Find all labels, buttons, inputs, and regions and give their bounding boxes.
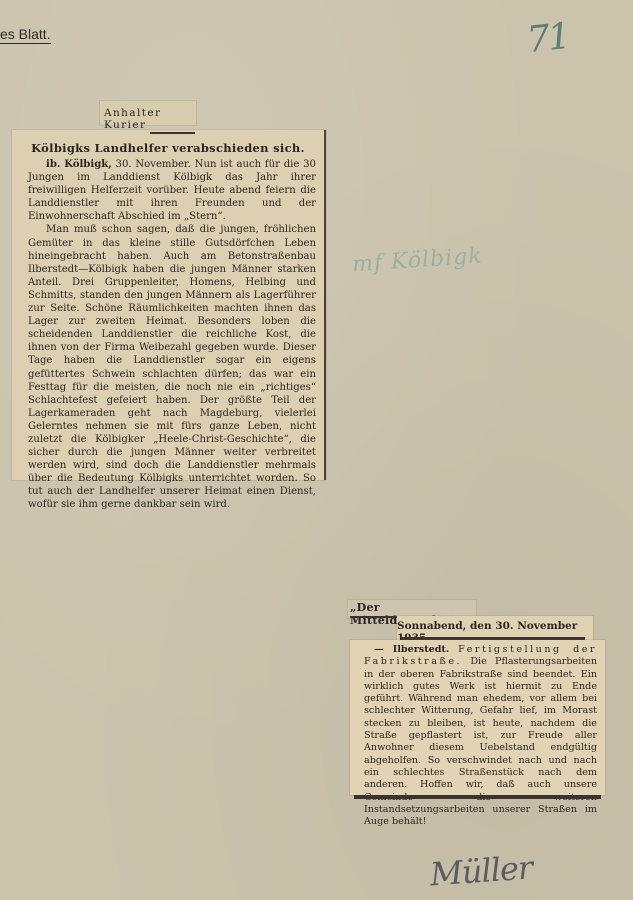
handwritten-page-number: 71 bbox=[525, 16, 571, 61]
clipping2-article: — Ilberstedt. Fertigstellung der Fabriks… bbox=[350, 640, 605, 795]
article-paragraph: Man muß schon sagen, daß die jungen, frö… bbox=[28, 223, 316, 511]
handwritten-signature: Müller bbox=[429, 848, 533, 893]
clipping1-masthead-strip: Anhalter Kurier bbox=[100, 101, 196, 125]
dateline-place: Kölbigk, bbox=[64, 159, 112, 170]
bottom-rule bbox=[354, 795, 601, 799]
clipping2-date-strip: Sonnabend, den 30. November 1935 bbox=[397, 616, 593, 640]
article-paragraph: — Ilberstedt. Fertigstellung der Fabriks… bbox=[364, 644, 597, 828]
scrapbook-page: es Blatt. 71 mf Kölbigk Müller Anhalter … bbox=[0, 0, 633, 900]
page-header-fragment: es Blatt. bbox=[0, 26, 51, 44]
dateline-date: 30. November. bbox=[116, 159, 191, 170]
article-headline: Kölbigks Landhelfer verabschieden sich. bbox=[12, 141, 324, 155]
article-paragraph: ib. Kölbigk, 30. November. Nun ist auch … bbox=[28, 158, 316, 223]
article-body: ib. Kölbigk, 30. November. Nun ist auch … bbox=[28, 158, 316, 512]
masthead-underline bbox=[350, 616, 404, 618]
handwritten-pencil-note: mf Kölbigk bbox=[351, 243, 483, 277]
newspaper-masthead: Anhalter Kurier bbox=[104, 107, 196, 131]
dateline-author: ib. bbox=[46, 159, 60, 170]
dateline-place: — Ilberstedt. bbox=[374, 644, 449, 655]
headline-rule bbox=[150, 132, 195, 134]
article-body: — Ilberstedt. Fertigstellung der Fabriks… bbox=[364, 644, 597, 828]
paragraph-text: Die Pflasterungsarbeiten in der oberen F… bbox=[364, 656, 597, 827]
clipping1-article: Kölbigks Landhelfer verabschieden sich. … bbox=[12, 130, 326, 480]
